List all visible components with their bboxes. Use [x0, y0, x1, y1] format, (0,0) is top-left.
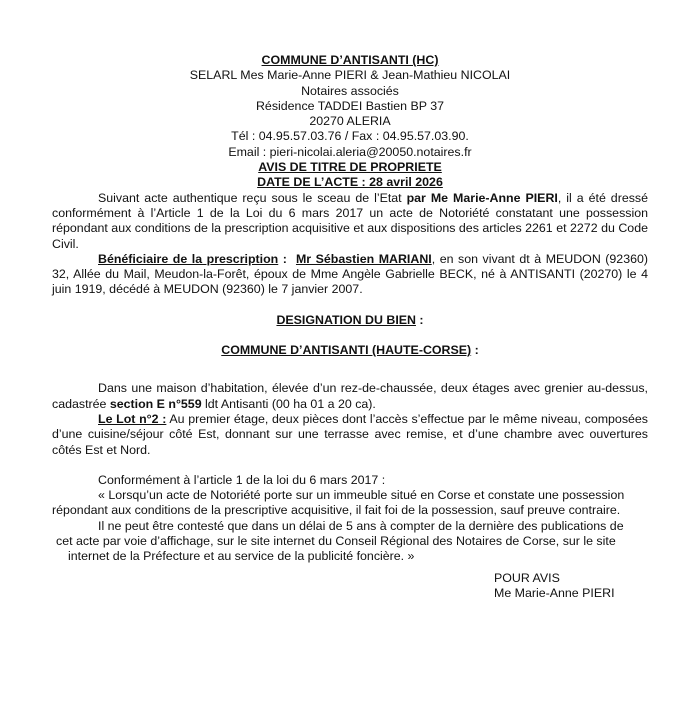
lot-label: Le Lot n°2 : [98, 412, 166, 426]
quote-2-line-2: cet acte par voie d’affichage, sur le si… [52, 534, 648, 549]
legal-intro: Conformément à l’article 1 de la loi du … [52, 473, 648, 488]
signature-line-1: POUR AVIS [494, 571, 648, 586]
email: Email : pieri-nicolai.aleria@20050.notai… [52, 145, 648, 160]
signature-line-2: Me Marie-Anne PIERI [494, 586, 648, 601]
quote-2-line-3: internet de la Préfecture et au service … [52, 549, 648, 564]
beneficiary-name: Mr Sébastien MARIANI [296, 252, 432, 266]
designation-title: DESIGNATION DU BIEN [276, 313, 416, 327]
lot-paragraph: Le Lot n°2 : Au premier étage, deux pièc… [52, 412, 648, 458]
notary-name: par Me Marie-Anne PIERI [407, 191, 558, 205]
quote-1-line-2: répondant aux conditions de la prescript… [52, 503, 648, 518]
address-line-1: Résidence TADDEI Bastien BP 37 [52, 99, 648, 114]
address-line-2: 20270 ALERIA [52, 114, 648, 129]
commune-heading: COMMUNE D’ANTISANTI (HC) [52, 53, 648, 68]
cadastral-section: section E n°559 [110, 397, 202, 411]
intro-text-1: Suivant acte authentique reçu sous le sc… [98, 191, 407, 205]
beneficiary-paragraph: Bénéficiaire de la prescription : Mr Séb… [52, 252, 648, 298]
intro-paragraph: Suivant acte authentique reçu sous le sc… [52, 191, 648, 252]
beneficiary-sep: : [278, 252, 296, 266]
property-description: Dans une maison d’habitation, élevée d’u… [52, 381, 648, 412]
signature-block: POUR AVIS Me Marie-Anne PIERI [494, 571, 648, 602]
quote-2-line-1: Il ne peut être contesté que dans un dél… [52, 519, 648, 534]
act-date: DATE DE L’ACTE : 28 avril 2026 [52, 175, 648, 190]
designation-heading: DESIGNATION DU BIEN : [52, 313, 648, 328]
firm-role: Notaires associés [52, 84, 648, 99]
commune-subheading: COMMUNE D’ANTISANTI (HAUTE-CORSE) : [52, 343, 648, 358]
beneficiary-label: Bénéficiaire de la prescription [98, 252, 278, 266]
desc-text-2: ldt Antisanti (00 ha 01 a 20 ca). [202, 397, 376, 411]
notice-title: AVIS DE TITRE DE PROPRIETE [52, 160, 648, 175]
quote-1-line-1: « Lorsqu’un acte de Notoriété porte sur … [52, 488, 648, 503]
legal-notice: COMMUNE D’ANTISANTI (HC) SELARL Mes Mari… [52, 53, 648, 601]
phone-fax: Tél : 04.95.57.03.76 / Fax : 04.95.57.03… [52, 129, 648, 144]
designation-suffix: : [416, 313, 424, 327]
commune-suffix: : [471, 343, 479, 357]
firm-name: SELARL Mes Marie-Anne PIERI & Jean-Mathi… [52, 68, 648, 83]
commune-title: COMMUNE D’ANTISANTI (HAUTE-CORSE) [221, 343, 471, 357]
